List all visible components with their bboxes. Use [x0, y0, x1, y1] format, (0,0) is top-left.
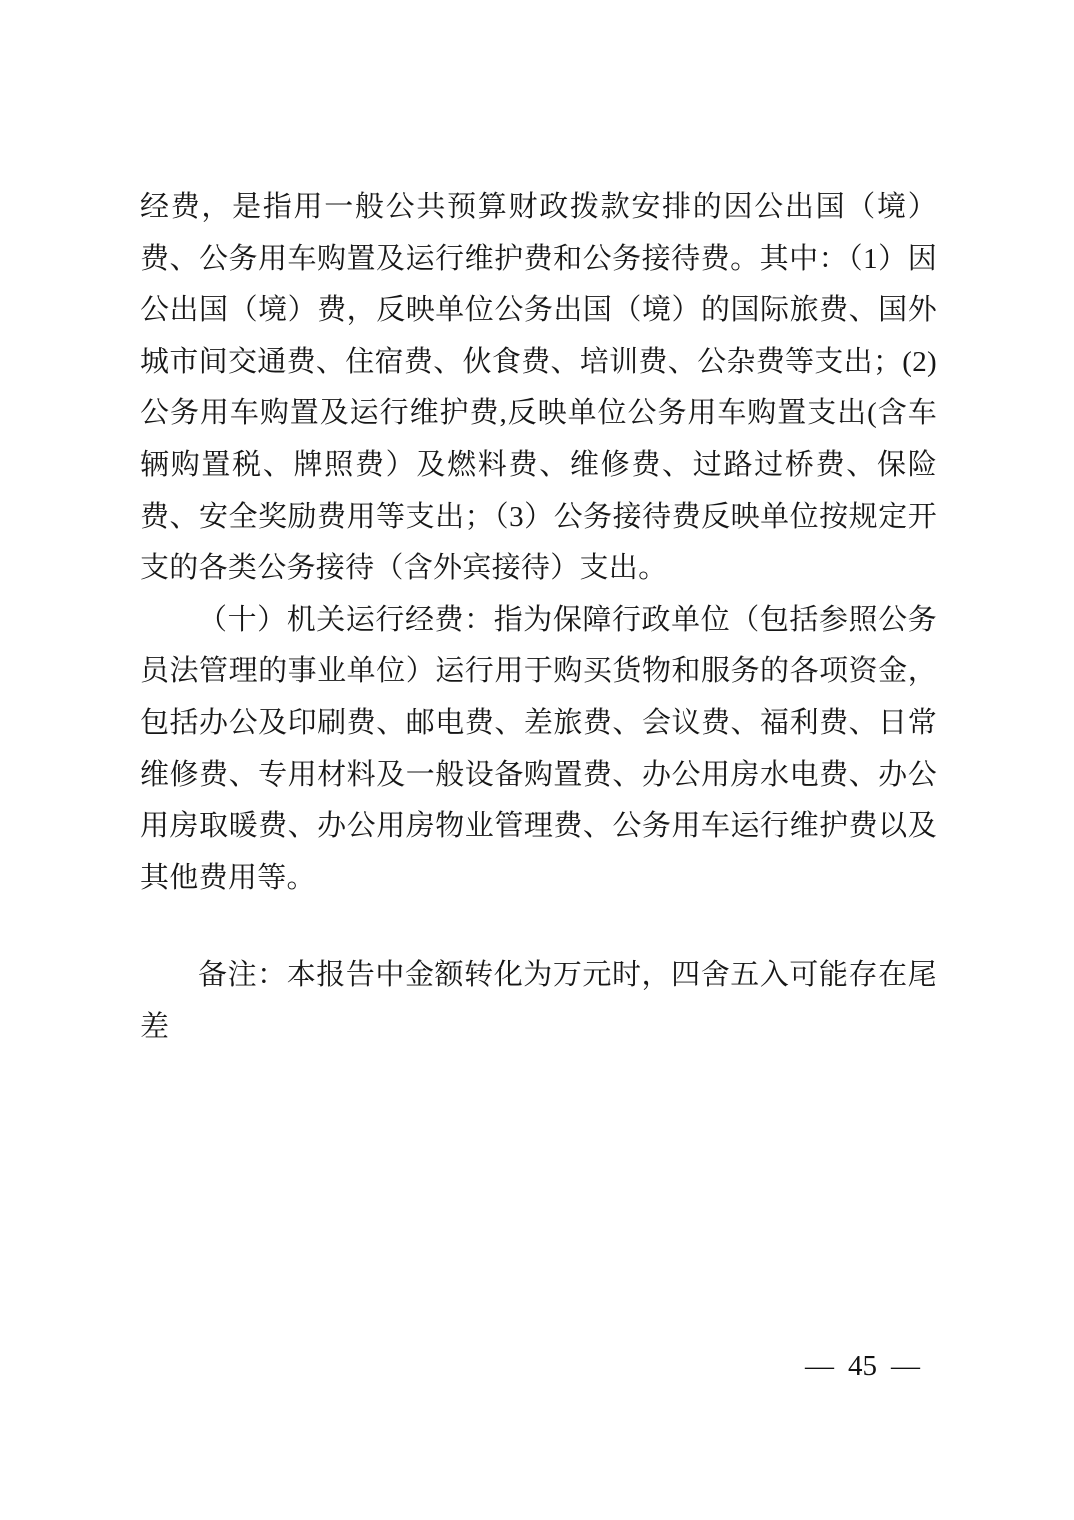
- page-footer: — 45 —: [805, 1350, 920, 1383]
- page-number: 45: [848, 1350, 877, 1383]
- footer-dash-right: —: [891, 1350, 920, 1383]
- note-paragraph: 备注：本报告中金额转化为万元时，四舍五入可能存在尾差: [140, 950, 937, 1053]
- footer-dash-left: —: [805, 1350, 834, 1383]
- document-page: 经费，是指用一般公共预算财政拨款安排的因公出国（境）费、公务用车购置及运行维护费…: [0, 0, 1074, 1520]
- paragraph-agency-operating-expenses: （十）机关运行经费：指为保障行政单位（包括参照公务员法管理的事业单位）运行用于购…: [140, 595, 937, 905]
- document-body: 经费，是指用一般公共预算财政拨款安排的因公出国（境）费、公务用车购置及运行维护费…: [140, 182, 937, 1054]
- paragraph-three-public-funds-continuation: 经费，是指用一般公共预算财政拨款安排的因公出国（境）费、公务用车购置及运行维护费…: [140, 182, 937, 595]
